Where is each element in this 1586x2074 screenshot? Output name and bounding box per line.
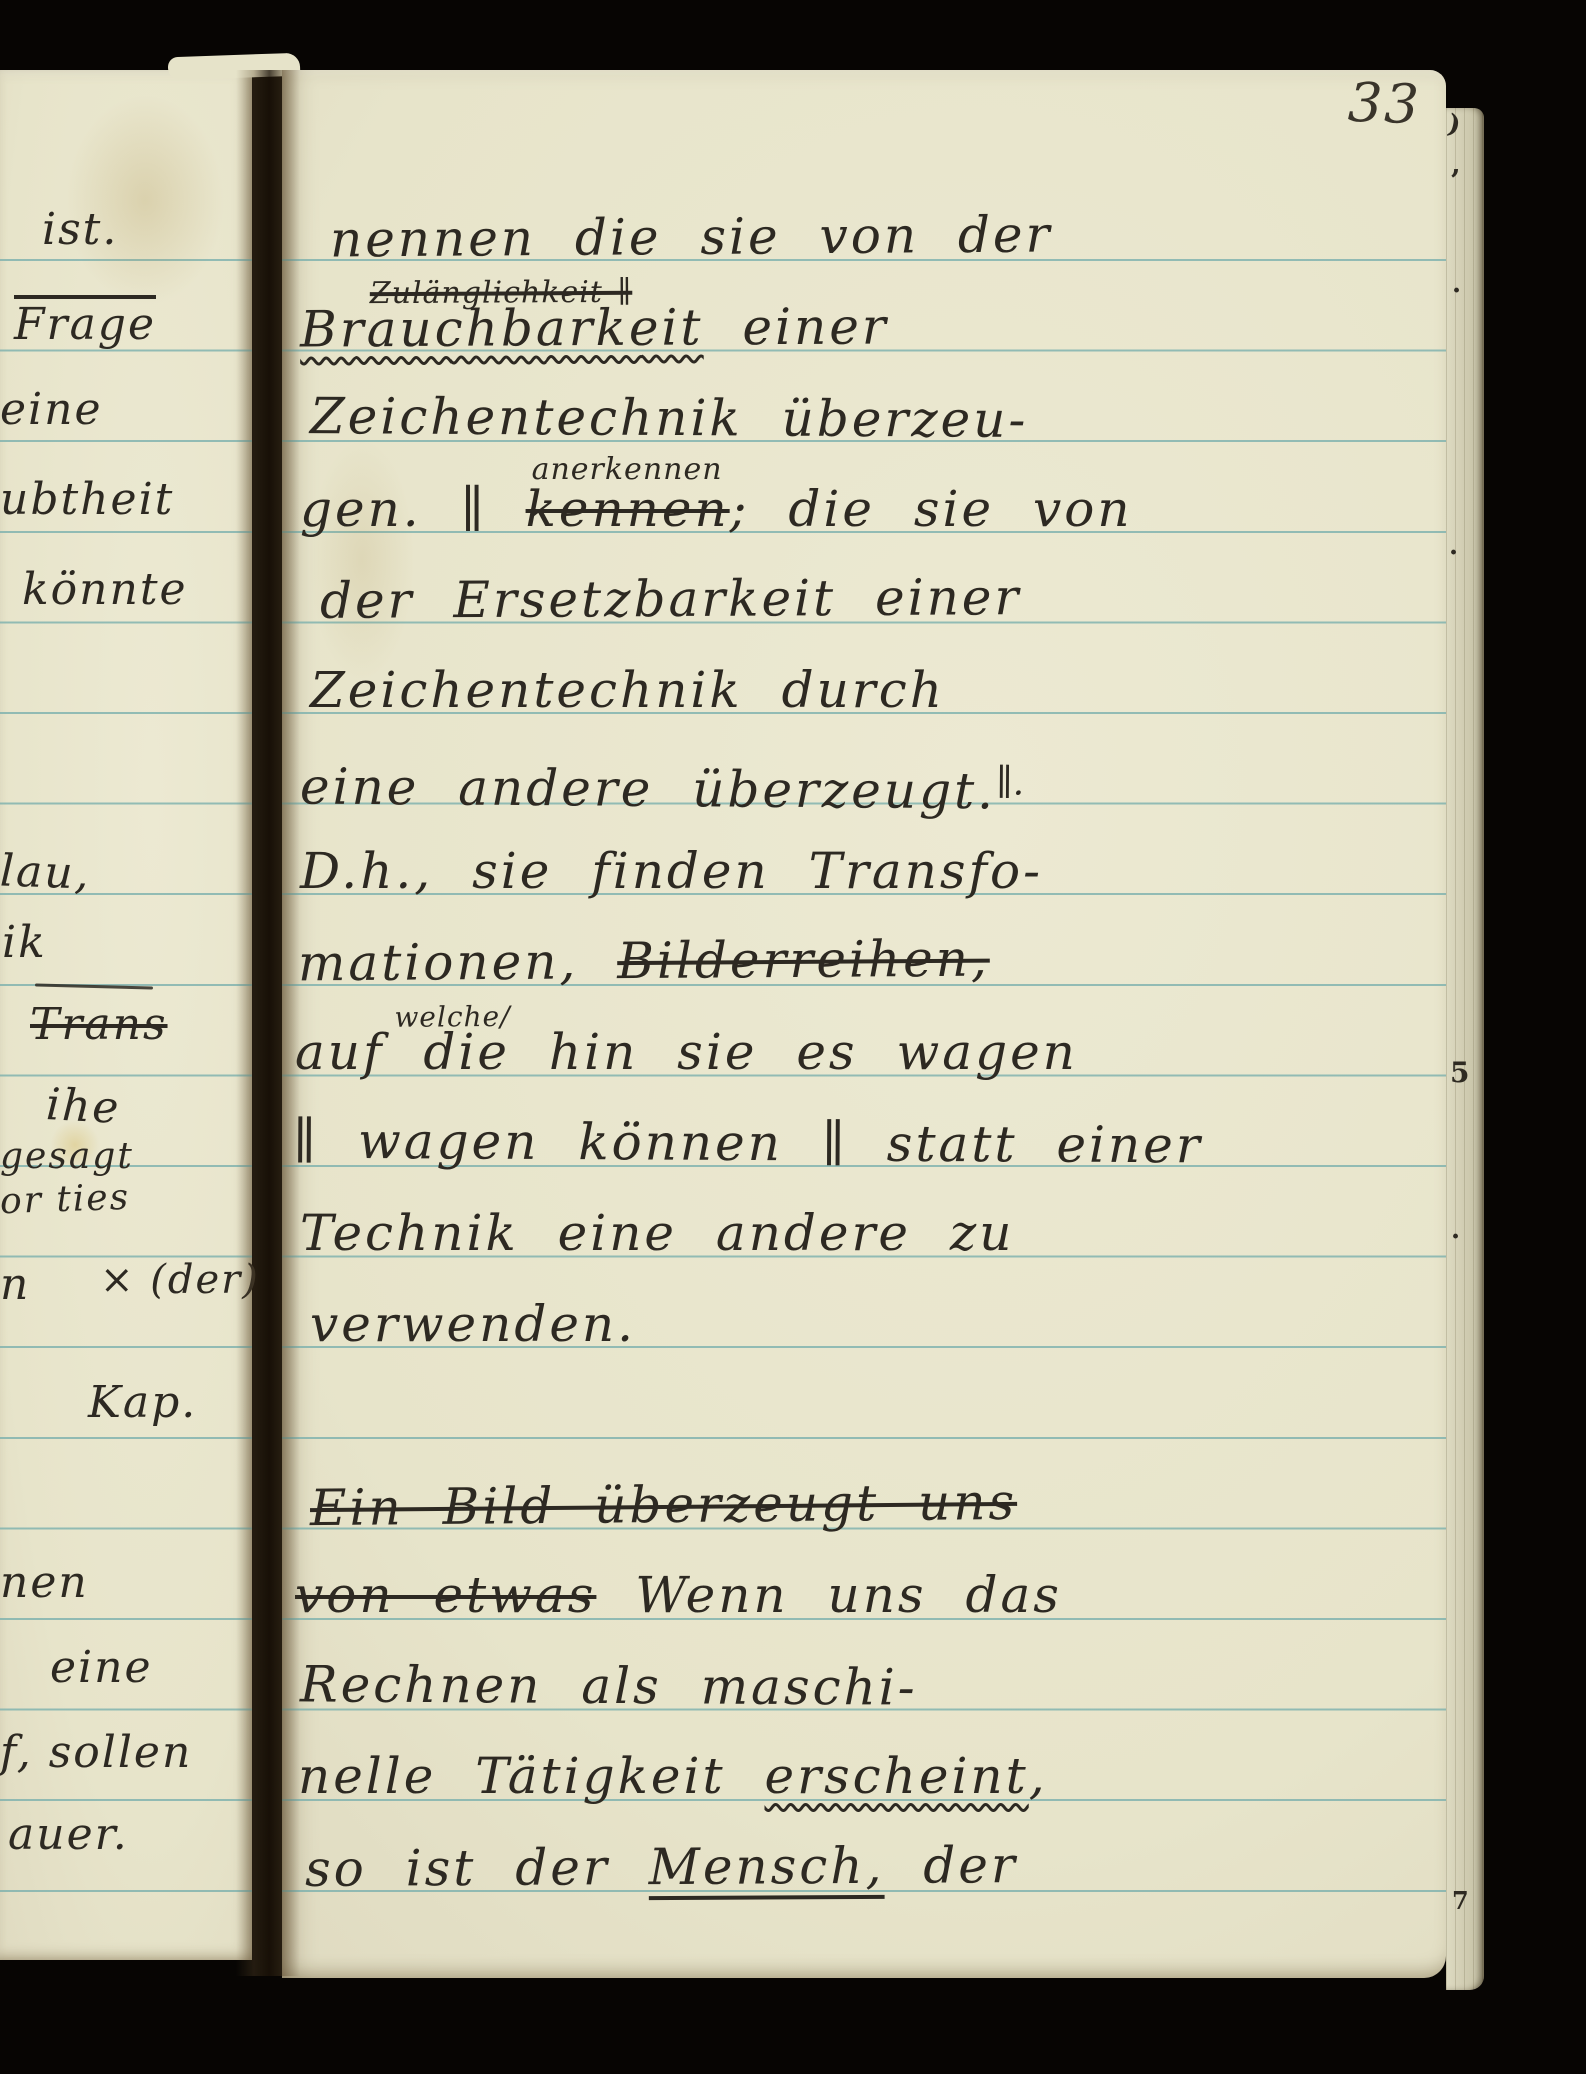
manuscript-line: verwenden.	[310, 1297, 636, 1352]
handwriting-text: eine andere überzeugt.	[300, 757, 996, 820]
handwriting-text: Rechnen als maschi-	[300, 1655, 918, 1716]
handwriting-text: so ist der	[305, 1838, 649, 1898]
manuscript-line: auf die hin sie es wagen	[295, 1025, 1078, 1080]
handwriting-fragment: or ties	[0, 1173, 131, 1228]
manuscript-line: mationen, Bilderreihen,welche/	[298, 932, 990, 992]
manuscript-line: eine andere überzeugt.∥.	[300, 750, 1025, 819]
handwriting-text: verwenden.	[310, 1295, 636, 1353]
manuscript-line: nelle Tätigkeit erscheint,	[298, 1749, 1048, 1804]
manuscript-line: Technik eine andere zu	[300, 1206, 1014, 1261]
insertion-mark: ∥.	[996, 762, 1024, 803]
manuscript-line: Zeichentechnik überzeu-	[310, 389, 1029, 448]
notebook-photo: ist. Frage eine ubtheit könnte lau, ik T…	[0, 0, 1586, 2074]
fore-edge-mark: 5	[1450, 1056, 1469, 1089]
handwriting-fragment: könnte	[22, 565, 188, 615]
handwriting-fragment: ubtheit	[0, 475, 174, 525]
handwriting-fragment: ihe	[45, 1080, 122, 1134]
underlined-text: Mensch,	[649, 1837, 885, 1896]
crossed-out-text: Bilderreihen,	[617, 930, 990, 991]
handwriting-text: Zeichentechnik durch	[310, 661, 945, 719]
handwriting-text: ∥ wagen können ∥ statt einer	[293, 1112, 1203, 1175]
fore-edge-mark: ’	[1450, 164, 1460, 199]
manuscript-line: Rechnen als maschi-	[300, 1657, 918, 1715]
handwriting-fragment: eine	[0, 385, 103, 435]
gutter-shadow	[236, 70, 300, 1976]
manuscript-line: D.h., sie finden Transfo-	[300, 844, 1043, 899]
handwriting-text: mationen,	[298, 932, 618, 992]
handwriting-fragment: f, sollen	[0, 1728, 192, 1778]
handwriting-fragment: ist.	[42, 205, 118, 255]
handwriting-fragment: eine	[50, 1643, 153, 1693]
manuscript-line: Ein Bild überzeugt uns	[310, 1475, 1018, 1536]
left-page: ist. Frage eine ubtheit könnte lau, ik T…	[0, 70, 252, 1960]
handwriting-fragment: n	[0, 1260, 30, 1310]
handwriting-text: gen. ∥	[300, 480, 526, 538]
handwriting-fragment: Kap.	[88, 1378, 197, 1428]
handwriting-fragment: nen	[0, 1558, 89, 1608]
crossed-out-text: Ein Bild überzeugt uns	[310, 1473, 1018, 1537]
fore-edge-mark: ·	[1451, 1222, 1460, 1252]
emphasized-text: erscheint	[765, 1747, 1029, 1805]
fore-edge-mark: 7	[1452, 1886, 1469, 1915]
crossed-out-text: Trans	[30, 1000, 168, 1050]
handwriting-text: Technik eine andere zu	[300, 1204, 1014, 1262]
fore-edge-mark: )	[1445, 109, 1463, 141]
crossed-out-insertion: Zulänglichkeit ∥	[370, 265, 633, 321]
manuscript-line: nennen die sie von der	[330, 207, 1053, 267]
manuscript-line: ∥ wagen können ∥ statt einer	[293, 1114, 1203, 1174]
page-number: 33	[1347, 71, 1422, 136]
fore-edge: ) ’ · · 5 · 7	[1446, 108, 1484, 1990]
manuscript-line: gen. ∥ kennenanerkennen; die sie von	[300, 482, 1133, 537]
handwriting-text: ,	[1029, 1747, 1048, 1805]
fore-edge-mark: ·	[1452, 276, 1461, 306]
handwriting-text: ; die sie von	[730, 480, 1133, 538]
inserted-word-above: anerkennen	[532, 442, 723, 497]
handwriting-text: einer	[703, 297, 888, 356]
manuscript-line: Zeichentechnik durch	[310, 663, 945, 718]
handwriting-text: nennen die sie von der	[330, 205, 1053, 268]
manuscript-line: so ist der Mensch, der	[305, 1838, 1018, 1897]
handwriting-text: der Ersetzbarkeit einer	[320, 568, 1022, 630]
manuscript-line: der Ersetzbarkeit einer	[320, 570, 1022, 629]
handwriting-fragment: auer.	[8, 1810, 129, 1860]
crossed-out-text: von etwas	[295, 1566, 596, 1624]
handwriting-fragment: ik	[2, 918, 47, 968]
handwriting-text: Zeichentechnik überzeu-	[310, 387, 1029, 449]
fore-edge-mark: ·	[1449, 538, 1458, 568]
handwriting-fragment: Frage	[14, 300, 156, 350]
handwriting-text: D.h., sie finden Transfo-	[300, 842, 1043, 900]
manuscript-line: Zulänglichkeit ∥Brauchbarkeit einer	[300, 299, 889, 357]
handwriting-text: der	[884, 1836, 1018, 1895]
main-page: 33 nennen die sie von der Zulänglichkeit…	[282, 70, 1446, 1978]
handwriting-text: nelle Tätigkeit	[298, 1747, 765, 1805]
handwriting-text: Wenn uns das	[596, 1566, 1062, 1624]
handwriting-text: auf die hin sie es wagen	[295, 1023, 1078, 1081]
manuscript-line: von etwas Wenn uns das	[295, 1568, 1062, 1623]
handwriting-fragment: lau,	[0, 846, 91, 899]
